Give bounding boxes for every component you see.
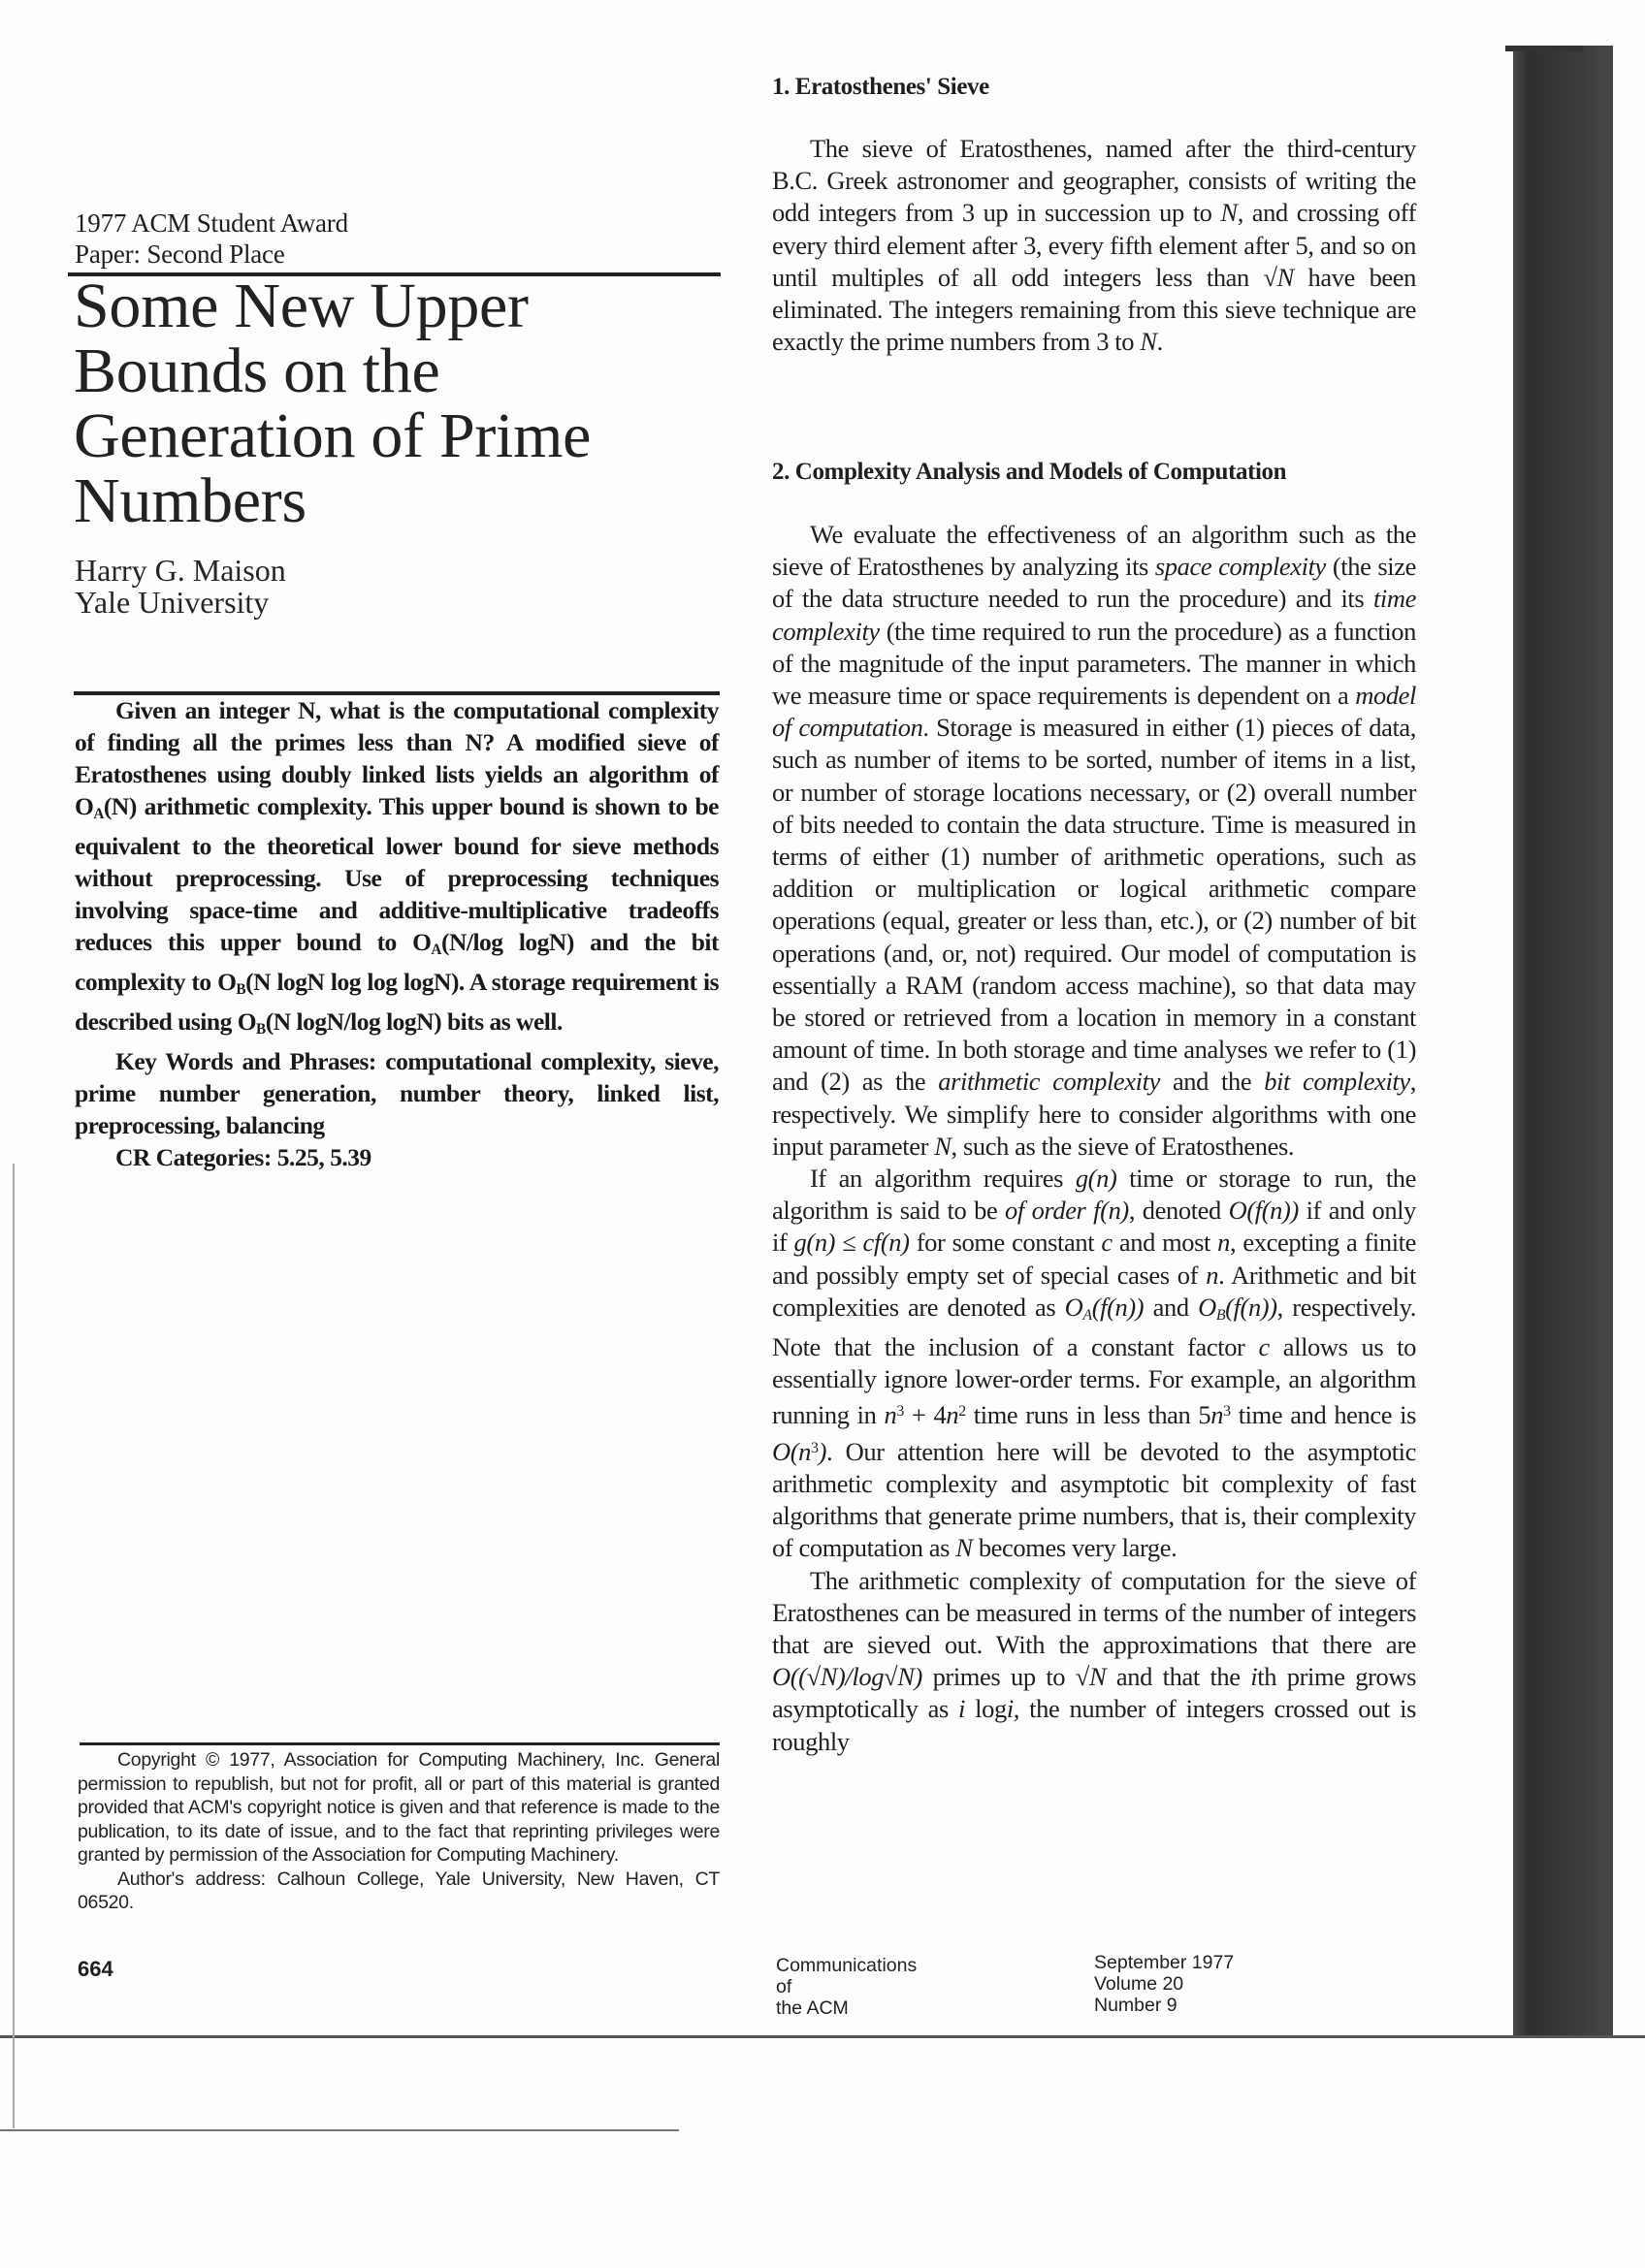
section-2-paragraph-3: The arithmetic complexity of computation…: [772, 1565, 1416, 1758]
issue-date: September 1977: [1094, 1952, 1234, 1973]
author-name: Harry G. Maison: [75, 555, 286, 587]
author-address: Author's address: Calhoun College, Yale …: [78, 1868, 720, 1915]
abstract: Given an integer N, what is the computat…: [75, 694, 719, 1173]
scan-left-edge: [13, 1164, 15, 2128]
title-line-4: Numbers: [74, 468, 591, 533]
section-1-body: The sieve of Eratosthenes, named after t…: [772, 133, 1416, 358]
section-2-body: We evaluate the effectiveness of an algo…: [772, 519, 1416, 1758]
section-1-paragraph: The sieve of Eratosthenes, named after t…: [772, 133, 1416, 358]
page-number: 664: [78, 1957, 113, 1982]
copyright-text: Copyright © 1977, Association for Comput…: [78, 1748, 720, 1868]
copyright-rule: [80, 1742, 720, 1745]
author-affiliation: Yale University: [75, 587, 286, 619]
issue-number: Number 9: [1094, 1995, 1234, 2016]
scan-edge-shadow: [1513, 46, 1613, 2036]
journal-name: Communications of the ACM: [776, 1955, 917, 2019]
award-line-1: 1977 ACM Student Award: [75, 208, 348, 239]
copyright-notice: Copyright © 1977, Association for Comput…: [78, 1748, 720, 1915]
title-line-2: Bounds on the: [74, 338, 591, 403]
journal-line-1: Communications: [776, 1955, 917, 1976]
title-line-1: Some New Upper: [74, 273, 591, 338]
section-2-paragraph-1: We evaluate the effectiveness of an algo…: [772, 519, 1416, 1163]
paper-title: Some New Upper Bounds on the Generation …: [74, 273, 591, 533]
journal-line-2: of: [776, 1976, 917, 1997]
section-2-paragraph-2: If an algorithm requires g(n) time or st…: [772, 1163, 1416, 1564]
section-2-heading: 2. Complexity Analysis and Models of Com…: [772, 456, 1416, 488]
journal-line-3: the ACM: [776, 1997, 917, 2019]
cr-categories: CR Categories: 5.25, 5.39: [75, 1141, 719, 1173]
award-line-2: Paper: Second Place: [75, 239, 348, 270]
issue-volume: Volume 20: [1094, 1973, 1234, 1995]
keywords: Key Words and Phrases: computational com…: [75, 1045, 719, 1141]
section-1-heading: 1. Eratosthenes' Sieve: [772, 71, 1416, 103]
abstract-paragraph: Given an integer N, what is the computat…: [75, 694, 719, 1045]
author-block: Harry G. Maison Yale University: [75, 555, 286, 619]
award-header: 1977 ACM Student Award Paper: Second Pla…: [75, 208, 348, 270]
scan-bottom-edge-2: [0, 2129, 679, 2131]
scan-bottom-edge: [0, 2035, 1645, 2038]
issue-info: September 1977 Volume 20 Number 9: [1094, 1952, 1234, 2016]
title-line-3: Generation of Prime: [74, 403, 591, 468]
scan-edge-top: [1505, 46, 1583, 51]
